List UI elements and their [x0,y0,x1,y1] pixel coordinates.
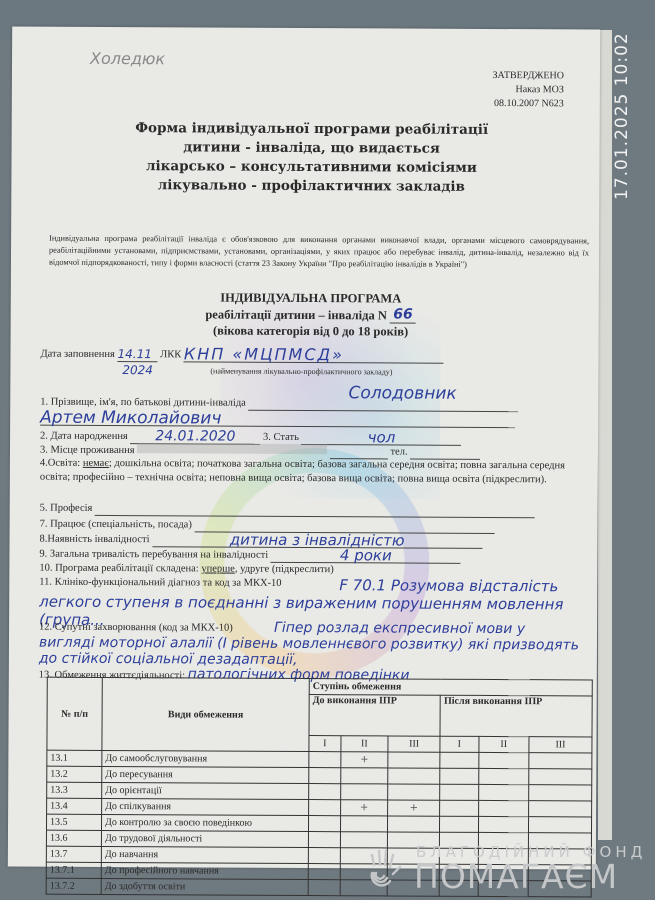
program-subtitle-line: реабілітації дитини – інваліда N 66 [151,305,471,324]
level-header: III [529,737,592,753]
degree-cell [478,784,529,800]
row-label: До трудової діяльності [101,830,308,847]
level-header: I [440,736,478,752]
education-options: ; дошкільна освіта; початкова загальна о… [40,458,565,485]
degree-cell [478,816,529,832]
table-header-row: № п/п Види обмеження Ступінь обмеження [47,677,592,696]
approval-line-1: ЗАТВЕРДЖЕНО [493,69,564,83]
degree-cell [529,753,592,769]
degree-cell [309,752,341,768]
level-header: II [341,736,388,752]
level-header: III [388,736,440,752]
level-header: II [478,736,529,752]
program-age-category: (вікова категорія від 0 до 18 років) [151,322,471,340]
address-line [330,444,388,459]
dob-label: 2. Дата народження [40,431,128,442]
row-label: До навчання [101,846,308,863]
redacted-address [137,443,327,454]
degree-cell [309,784,341,800]
photo-timestamp: 17.01.2025 10:02 [612,32,632,200]
duration-value: 4 роки [271,548,461,564]
row-label: До контролю за своєю поведінкою [101,814,308,831]
row-label: До самообслуговування [102,750,309,767]
degree-cell [340,816,387,832]
sex-label: 3. Стать [263,432,299,443]
degree-cell [478,768,529,784]
form-title: Форма індивідуальної програми реабілітац… [71,119,551,198]
charity-watermark: БЛАГОДІЙНИЙ ФОНД ПОМАГАЄМ [360,843,650,895]
row-number: 13.1 [47,750,102,766]
degree-cell [529,785,592,801]
given-name-value: Артем Миколайович [40,411,515,428]
disability-value: дитина з інвалідністю [152,532,482,549]
program-type-label: 10. Програма реабілітації складена: [39,563,198,575]
degree-cell [340,784,387,800]
program-number: 66 [390,306,416,323]
col-before-header: До виконання ІПР [309,695,441,737]
pencil-note: Холедюк [90,49,165,68]
fill-date-year: 2024 [122,363,153,377]
name-row-2: Артем Миколайович [40,411,515,428]
form-title-line: дитини - інваліда, що видається [72,138,552,160]
program-subtitle: реабілітації дитини – інваліда N [205,307,387,322]
degree-cell [308,816,340,832]
degree-cell [529,817,592,833]
col-degree-header: Ступінь обмеження [309,679,592,696]
row-number: 13.5 [46,814,101,830]
program-title: ІНДИВІДУАЛЬНА ПРОГРАМА [151,289,471,307]
phone-line [410,445,480,460]
approval-stamp: ЗАТВЕРДЖЕНО Наказ МОЗ 08.10.2007 N623 [492,69,564,111]
degree-cell [308,832,340,848]
residence-label: 3. Місце проживання [40,445,135,456]
degree-cell [308,880,340,896]
program-type-selected: уперше [201,563,235,574]
degree-cell [388,784,440,800]
profession-row: 5. Професія [40,501,535,519]
approval-line-3: 08.10.2007 N623 [492,97,563,111]
degree-cell [308,848,340,864]
profession-label: 5. Професія [40,503,93,514]
row-number: 13.2 [47,766,102,782]
row-label: До професійного навчання [101,862,308,879]
degree-cell [440,816,478,832]
program-heading: ІНДИВІДУАЛЬНА ПРОГРАМА реабілітації дити… [151,289,471,340]
degree-cell [440,752,478,768]
degree-cell [388,768,440,784]
degree-cell: + [340,800,387,816]
fill-date-value: 14.11 [117,347,157,362]
row-number: 13.4 [47,798,102,814]
fill-date-label: Дата заповнення [40,349,114,360]
col-type-header: Види обмеження [102,677,309,751]
disability-label: 8.Наявність інвалідності [39,534,149,546]
surname-value: Солодовник [348,386,456,401]
degree-cell: + [388,800,440,816]
row-number: 13.3 [47,782,102,798]
lkk-caption: (найменування лікувально-профілактичного… [210,367,392,377]
works-label: 7. Працює (спеціальність, посада) [40,519,192,531]
lkk-label: ЛКК [160,349,181,360]
hand-print-icon [364,847,404,891]
document-page: Холедюк ЗАТВЕРДЖЕНО Наказ МОЗ 08.10.2007… [8,26,600,869]
row-number: 13.7.2 [46,878,101,894]
row-label: До здобуття освіти [101,878,308,895]
form-title-line: лікарсько – консультативними комісіями [71,157,551,179]
profession-line [95,501,535,518]
duration-label: 9. Загальна тривалість перебування на ін… [39,549,268,561]
comorbid-value: Гіпер розлад експресивної мови у вигляді… [39,619,584,670]
degree-cell [309,800,341,816]
form-title-line: Форма індивідуальної програми реабілітац… [72,119,552,141]
degree-cell [478,752,529,768]
col-after-header: Після виконання ІПР [440,695,592,737]
form-title-line: лікувально - профілактичних закладів [71,176,551,198]
degree-cell [309,768,341,784]
row-label: До спілкування [102,798,309,815]
degree-cell [478,800,529,816]
degree-cell [529,769,592,785]
row-number: 13.6 [46,830,101,846]
row-label: До пересування [102,766,309,783]
paper-stack-edge [598,30,612,840]
degree-cell: + [341,752,388,768]
level-header: I [309,736,341,752]
degree-cell [440,784,478,800]
row-label: До орієнтації [102,782,309,799]
lkk-value: КНП «МЦПМСД» [184,347,444,363]
fill-date-row: Дата заповнення 14.11 ЛКК КНП «МЦПМСД» [40,347,443,364]
degree-cell [341,768,388,784]
col-number-header: № п/п [47,677,102,750]
degree-cell [529,801,592,817]
degree-cell [440,800,478,816]
degree-cell [308,864,340,880]
row-number: 13.7 [46,846,101,862]
approval-line-2: Наказ МОЗ [492,83,563,97]
education-selected: немає [83,458,109,469]
preamble-text: Індивідуальна програма реабілітації інва… [49,233,589,272]
name-line: Солодовник [248,396,518,412]
row-number: 13.7.1 [46,862,101,878]
phone-label: тел. [390,446,407,457]
degree-cell [440,768,478,784]
degree-cell [388,816,440,832]
program-type-options: , удруге (підкреслити) [235,564,334,576]
degree-cell [388,752,440,768]
education-row: 4.Освіта: немає; дошкільна освіта; почат… [40,457,590,488]
charity-name-main: ПОМАГАЄМ [414,857,618,896]
education-label: 4.Освіта: [40,458,80,469]
